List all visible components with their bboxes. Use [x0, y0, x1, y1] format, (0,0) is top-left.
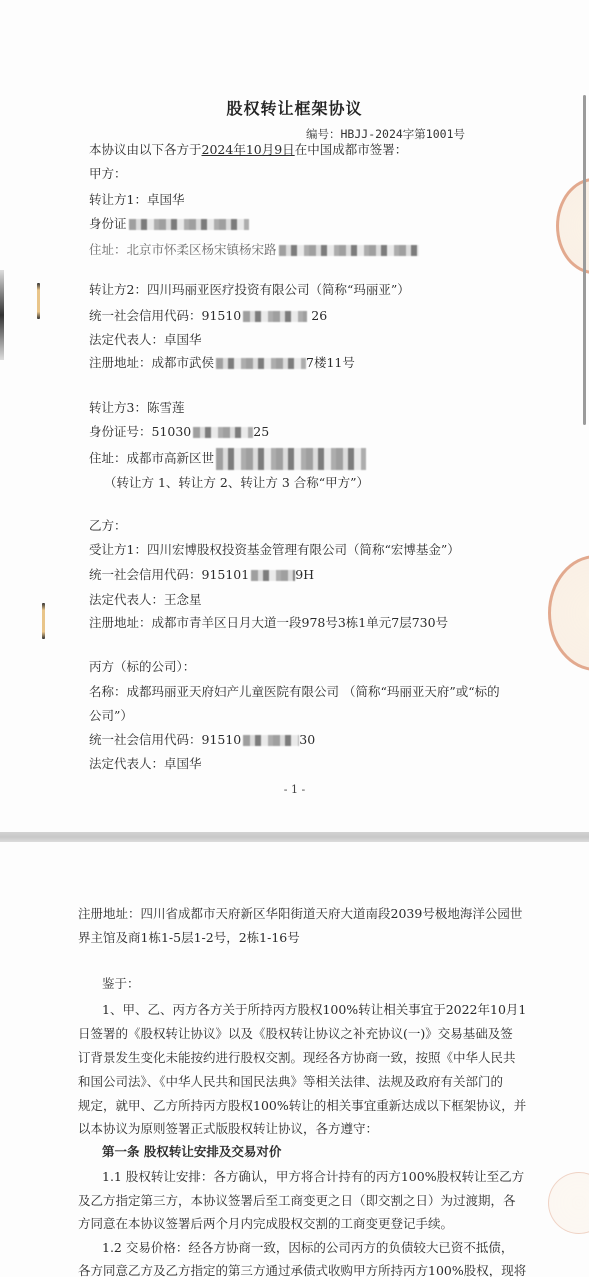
id-label: 身份证 — [89, 216, 127, 231]
transferor2-name: 转让方2：四川玛丽亚医疗投资有限公司（简称“玛丽亚”） — [89, 282, 410, 298]
target-address-line1: 注册地址：四川省成都市天府新区华阳街道天府大道南段2039号极地海洋公园世 — [78, 906, 522, 922]
document-page-1: 股权转让框架协议 编号：HBJJ-2024字第1001号 本协议由以下各方于20… — [0, 0, 589, 832]
intro-prefix: 本协议由以下各方于 — [89, 142, 202, 157]
company-seal-stamp-icon — [548, 555, 589, 671]
scrollbar-thumb[interactable] — [583, 95, 586, 425]
transferor1-name: 转让方1：卓国华 — [89, 192, 184, 208]
transferor3-address: 住址：成都市高新区世 — [89, 448, 366, 470]
address-prefix: 注册地址：成都市武侯 — [89, 355, 214, 370]
clause-1-2-line: 各方同意乙方及乙方指定的第三方通过承债式收购甲方所持丙方100%股权，现将 — [78, 1263, 526, 1277]
transferee1-name: 受让方1：四川宏博股权投资基金管理有限公司（简称“宏博基金”） — [89, 542, 460, 558]
whereas-line: 订背景发生变化未能按约进行股权交割。现经各方协商一致，按照《中华人民共 — [78, 1050, 516, 1066]
transferor2-address: 注册地址：成都市武侯7楼11号 — [89, 355, 355, 371]
target-name-line1: 名称：成都玛丽亚天府妇产儿童医院有限公司 （简称“玛丽亚天府”或“标的 — [89, 684, 500, 700]
binder-clip-icon — [37, 283, 40, 319]
clause-1-1-line: 方同意在本协议签署后两个月内完成股权交割的工商变更登记手续。 — [78, 1216, 453, 1232]
party-b-label: 乙方： — [89, 518, 127, 534]
transferee1-address: 注册地址：成都市青羊区日月大道一段978号3栋1单元7层730号 — [89, 615, 448, 631]
transferee1-credit-code: 统一社会信用代码：9151019H — [89, 567, 314, 583]
document-title: 股权转让框架协议 — [0, 96, 589, 119]
partial-seal-stamp-icon — [548, 1172, 589, 1234]
transferor1-id: 身份证 — [89, 216, 249, 232]
credit-suffix: 30 — [299, 732, 315, 747]
credit-prefix: 统一社会信用代码：91510 — [89, 308, 241, 323]
whereas-line: 日签署的《股权转让协议》以及《股权转让协议之补充协议(一)》交易基础及签 — [78, 1026, 513, 1042]
redacted-block — [279, 245, 419, 256]
target-address-line2: 界主馆及商1栋1-5层1-2号，2栋1-16号 — [78, 930, 300, 946]
page-edge-shadow — [0, 270, 4, 360]
credit-suffix: 26 — [311, 308, 327, 323]
signing-date: 2024年10月9日 — [202, 142, 295, 157]
clause-1-2-line: 1.2 交易价格：经各方协商一致，因标的公司丙方的负债较大已资不抵债， — [102, 1240, 513, 1256]
party-c-label: 丙方（标的公司）： — [89, 659, 195, 675]
transferor3-name: 转让方3：陈雪莲 — [89, 400, 184, 416]
intro-line: 本协议由以下各方于2024年10月9日在中国成都市签署： — [89, 142, 407, 158]
whereas-line: 1、甲、乙、丙方各方关于所持丙方股权100%转让相关事宜于2022年10月1 — [102, 1002, 526, 1018]
page-separator — [0, 832, 589, 842]
redacted-block — [243, 311, 307, 322]
redacted-block — [251, 570, 295, 581]
address-prefix: 住址：成都市高新区世 — [89, 451, 214, 466]
transferor1-address: 住址：北京市怀柔区杨宋镇杨宋路 — [89, 242, 419, 258]
whereas-label: 鉴于： — [102, 976, 140, 992]
document-page-2: 注册地址：四川省成都市天府新区华阳街道天府大道南段2039号极地海洋公园世 界主… — [0, 842, 589, 1277]
transferee1-legal-rep: 法定代表人：王念星 — [89, 592, 202, 608]
address-label: 住址：北京市怀柔区杨宋镇杨宋路 — [89, 242, 277, 257]
redacted-block — [216, 448, 366, 470]
document-number: 编号：HBJJ-2024字第1001号 — [306, 126, 465, 142]
transferor2-credit-code: 统一社会信用代码：91510 26 — [89, 308, 327, 324]
intro-suffix: 在中国成都市签署： — [295, 142, 408, 157]
credit-prefix: 统一社会信用代码：91510 — [89, 732, 241, 747]
clause-1-1-line: 及乙方指定第三方，本协议签署后至工商变更之日（即交割之日）为过渡期，各 — [78, 1193, 516, 1209]
target-credit-code: 统一社会信用代码：9151030 — [89, 732, 315, 748]
redacted-block — [193, 427, 253, 438]
transferor2-legal-rep: 法定代表人：卓国华 — [89, 332, 202, 348]
address-suffix: 7楼11号 — [306, 355, 355, 370]
article1-title: 第一条 股权转让安排及交易对价 — [102, 1144, 281, 1160]
target-name-line2: 公司”） — [89, 708, 133, 724]
redacted-block — [129, 219, 249, 230]
whereas-line: 规定，就甲、乙方所持丙方股权100%转让的相关事宜重新达成以下框架协议，并 — [78, 1098, 526, 1114]
party-a-label: 甲方： — [89, 166, 127, 182]
collective-note: （转让方 1、转让方 2、转让方 3 合称“甲方”） — [104, 475, 369, 491]
whereas-line: 以本协议为原则签署正式版股权转让协议，各方遵守： — [78, 1121, 378, 1137]
binder-clip-icon — [42, 603, 45, 639]
whereas-line: 和国公司法》、《中华人民共和国民法典》等相关法律、法规及政府有关部门的 — [78, 1074, 503, 1090]
clause-1-1-line: 1.1 股权转让安排：各方确认，甲方将合计持有的丙方100%股权转让至乙方 — [102, 1169, 524, 1185]
transferor3-id: 身份证号：5103025 — [89, 424, 269, 440]
id-suffix: 25 — [253, 424, 269, 439]
id-prefix: 身份证号：51030 — [89, 424, 191, 439]
redacted-block — [216, 358, 306, 369]
target-legal-rep: 法定代表人：卓国华 — [89, 756, 202, 772]
page-number: - 1 - — [0, 783, 589, 796]
redacted-block — [243, 735, 299, 746]
credit-prefix: 统一社会信用代码：915101 — [89, 567, 249, 582]
credit-suffix: 9H — [295, 567, 314, 582]
